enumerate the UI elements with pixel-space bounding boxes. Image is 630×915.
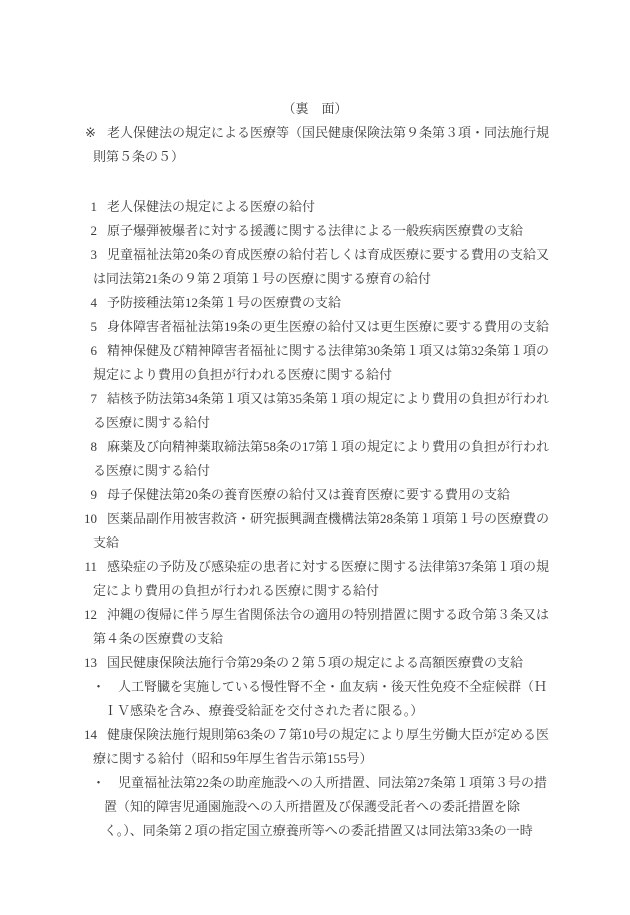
item-number: 10: [82, 507, 97, 531]
item-text: は同法第21条の９第２項第１号の医療に関する療育の給付: [93, 271, 431, 286]
sub-item-text: 児童福祉法第22条の助産施設への入所措置、同法第27条第１項第３号の措: [118, 775, 547, 790]
list-item: 3児童福祉法第20条の育成医療の給付若しくは育成医療に要する費用の支給又は同法第…: [0, 243, 630, 291]
sub-item-first-line: ・児童福祉法第22条の助産施設への入所措置、同法第27条第１項第３号の措: [118, 771, 630, 795]
list-item: 10医薬品副作用被害救済・研究振興調査機構法第28条第１項第１号の医療費の支給: [0, 507, 630, 555]
item-number: 11: [82, 555, 97, 579]
list-item: 11感染症の予防及び感染症の患者に対する医療に関する法律第37条第１項の規定によ…: [0, 555, 630, 603]
item-text: 児童福祉法第20条の育成医療の給付若しくは育成医療に要する費用の支給又: [107, 247, 549, 262]
sub-item-wrap-line: く。）、同条第２項の指定国立療養所等への委託措置又は同法第33条の一時: [104, 819, 630, 843]
item-first-line: 3児童福祉法第20条の育成医療の給付若しくは育成医療に要する費用の支給又: [107, 243, 630, 267]
sub-item-wrap-line: ＩＶ感染を含み、療養受給証を交付された者に限る。）: [104, 699, 630, 723]
item-text: 第４条の医療費の支給: [93, 631, 223, 646]
item-text: 精神保健及び精神障害者福祉に関する法律第30条第１項又は第32条第１項の: [107, 343, 549, 358]
list-item: 13国民健康保険法施行令第29条の２第５項の規定による高額医療費の支給・人工腎臓…: [0, 651, 630, 723]
item-wrap-line: る医療に関する給付: [93, 411, 630, 435]
item-first-line: 5身体障害者福祉法第19条の更生医療の給付又は更生医療に要する費用の支給: [107, 315, 630, 339]
item-text: 規定により費用の負担が行われる医療に関する給付: [93, 367, 392, 382]
sub-item-text: 人工腎臓を実施している慢性腎不全・血友病・後天性免疫不全症候群（Ｈ: [118, 679, 547, 694]
bullet-icon: ・: [92, 771, 105, 795]
note-first-line: ※ 老人保健法の規定による医療等（国民健康保険法第９条第３項・同法施行規: [107, 121, 630, 145]
item-first-line: 13国民健康保険法施行令第29条の２第５項の規定による高額医療費の支給: [107, 651, 630, 675]
item-first-line: 4予防接種法第12条第１号の医療費の支給: [107, 291, 630, 315]
item-wrap-line: 療に関する給付（昭和59年厚生省告示第155号）: [93, 747, 630, 771]
item-text: 支給: [93, 535, 119, 550]
item-text: 医薬品副作用被害救済・研究振興調査機構法第28条第１項第１号の医療費の: [107, 511, 549, 526]
item-text: 原子爆弾被爆者に対する援護に関する法律による一般疾病医療費の支給: [107, 223, 523, 238]
list-item: 2原子爆弾被爆者に対する援護に関する法律による一般疾病医療費の支給: [0, 219, 630, 243]
sub-item-first-line: ・人工腎臓を実施している慢性腎不全・血友病・後天性免疫不全症候群（Ｈ: [118, 675, 630, 699]
list-item: 1老人保健法の規定による医療の給付: [0, 195, 630, 219]
list-item: 6精神保健及び精神障害者福祉に関する法律第30条第１項又は第32条第１項の規定に…: [0, 339, 630, 387]
item-number: 13: [82, 651, 97, 675]
item-wrap-line: 第４条の医療費の支給: [93, 627, 630, 651]
item-number: 3: [82, 243, 97, 267]
item-text: 結核予防法第34条第１項又は第35条第１項の規定により費用の負担が行われ: [107, 391, 549, 406]
item-text: る医療に関する給付: [93, 463, 210, 478]
item-number: 2: [82, 219, 97, 243]
legal-provisions-list: 1老人保健法の規定による医療の給付2原子爆弾被爆者に対する援護に関する法律による…: [0, 195, 630, 843]
item-number: 8: [82, 435, 97, 459]
item-first-line: 12沖縄の復帰に伴う厚生省関係法令の適用の特別措置に関する政令第３条又は: [107, 603, 630, 627]
item-first-line: 9母子保健法第20条の養育医療の給付又は養育医療に要する費用の支給: [107, 483, 630, 507]
list-item: 7結核予防法第34条第１項又は第35条第１項の規定により費用の負担が行われる医療…: [0, 387, 630, 435]
list-item: 12沖縄の復帰に伴う厚生省関係法令の適用の特別措置に関する政令第３条又は第４条の…: [0, 603, 630, 651]
item-first-line: 1老人保健法の規定による医療の給付: [107, 195, 630, 219]
item-number: 6: [82, 339, 97, 363]
sub-item-text: く。）、同条第２項の指定国立療養所等への委託措置又は同法第33条の一時: [104, 823, 533, 838]
note-wrap-line: 則第５条の５）: [93, 145, 630, 169]
item-wrap-line: は同法第21条の９第２項第１号の医療に関する療育の給付: [93, 267, 630, 291]
item-wrap-line: る医療に関する給付: [93, 459, 630, 483]
item-text: 健康保険法施行規則第63条の７第10号の規定により厚生労働大臣が定める医: [107, 727, 549, 742]
item-wrap-line: 規定により費用の負担が行われる医療に関する給付: [93, 363, 630, 387]
item-first-line: 11感染症の予防及び感染症の患者に対する医療に関する法律第37条第１項の規: [107, 555, 630, 579]
item-first-line: 14健康保険法施行規則第63条の７第10号の規定により厚生労働大臣が定める医: [107, 723, 630, 747]
item-text: 身体障害者福祉法第19条の更生医療の給付又は更生医療に要する費用の支給: [107, 319, 549, 334]
item-first-line: 8麻薬及び向精神薬取締法第58条の17第１項の規定により費用の負担が行われ: [107, 435, 630, 459]
page-title: （裏 面）: [0, 97, 630, 121]
item-text: 療に関する給付（昭和59年厚生省告示第155号）: [93, 751, 373, 766]
item-wrap-line: 支給: [93, 531, 630, 555]
item-text: 国民健康保険法施行令第29条の２第５項の規定による高額医療費の支給: [107, 655, 523, 670]
item-text: 麻薬及び向精神薬取締法第58条の17第１項の規定により費用の負担が行われ: [107, 439, 549, 454]
sub-item-wrap-line: 置（知的障害児通園施設への入所措置及び保護受託者への委託措置を除: [104, 795, 630, 819]
list-item: 5身体障害者福祉法第19条の更生医療の給付又は更生医療に要する費用の支給: [0, 315, 630, 339]
list-item: 9母子保健法第20条の養育医療の給付又は養育医療に要する費用の支給: [0, 483, 630, 507]
reference-mark-icon: ※: [85, 121, 96, 145]
item-text: 母子保健法第20条の養育医療の給付又は養育医療に要する費用の支給: [107, 487, 510, 502]
item-first-line: 10医薬品副作用被害救済・研究振興調査機構法第28条第１項第１号の医療費の: [107, 507, 630, 531]
item-number: 1: [82, 195, 97, 219]
list-item: 14健康保険法施行規則第63条の７第10号の規定により厚生労働大臣が定める医療に…: [0, 723, 630, 843]
item-text: 予防接種法第12条第１号の医療費の支給: [107, 295, 341, 310]
item-number: 5: [82, 315, 97, 339]
sub-item-text: ＩＶ感染を含み、療養受給証を交付された者に限る。）: [104, 703, 423, 718]
item-number: 12: [82, 603, 97, 627]
item-number: 9: [82, 483, 97, 507]
sub-item-text: 置（知的障害児通園施設への入所措置及び保護受託者への委託措置を除: [104, 799, 520, 814]
item-first-line: 2原子爆弾被爆者に対する援護に関する法律による一般疾病医療費の支給: [107, 219, 630, 243]
item-number: 14: [82, 723, 97, 747]
document-page: （裏 面） ※ 老人保健法の規定による医療等（国民健康保険法第９条第３項・同法施…: [0, 0, 630, 915]
note-text: 老人保健法の規定による医療等（国民健康保険法第９条第３項・同法施行規: [107, 125, 549, 140]
item-first-line: 6精神保健及び精神障害者福祉に関する法律第30条第１項又は第32条第１項の: [107, 339, 630, 363]
item-text: 定により費用の負担が行われる医療に関する給付: [93, 583, 379, 598]
item-wrap-line: 定により費用の負担が行われる医療に関する給付: [93, 579, 630, 603]
note-paragraph: ※ 老人保健法の規定による医療等（国民健康保険法第９条第３項・同法施行規 則第５…: [0, 121, 630, 169]
list-item: 8麻薬及び向精神薬取締法第58条の17第１項の規定により費用の負担が行われる医療…: [0, 435, 630, 483]
item-text: 感染症の予防及び感染症の患者に対する医療に関する法律第37条第１項の規: [107, 559, 549, 574]
item-first-line: 7結核予防法第34条第１項又は第35条第１項の規定により費用の負担が行われ: [107, 387, 630, 411]
bullet-icon: ・: [92, 675, 105, 699]
list-item: 4予防接種法第12条第１号の医療費の支給: [0, 291, 630, 315]
item-text: る医療に関する給付: [93, 415, 210, 430]
item-text: 老人保健法の規定による医療の給付: [107, 199, 315, 214]
item-text: 沖縄の復帰に伴う厚生省関係法令の適用の特別措置に関する政令第３条又は: [107, 607, 549, 622]
item-number: 7: [82, 387, 97, 411]
item-number: 4: [82, 291, 97, 315]
